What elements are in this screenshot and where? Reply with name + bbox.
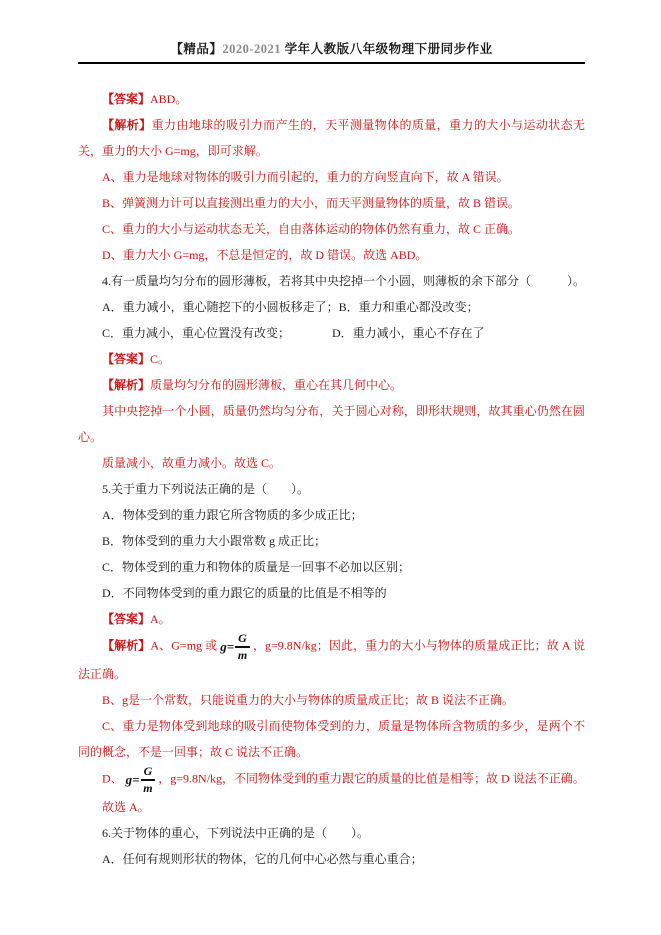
- bracket-label: 【解析】: [102, 118, 152, 132]
- document-body: 【答案】ABD。【解析】重力由地球的吸引力而产生的，天平测量物体的质量，重力的大…: [78, 86, 585, 872]
- paragraph: 故选 A。: [78, 794, 585, 820]
- paragraph: C、重力是物体受到地球的吸引而使物体受到的力，质量是物体所含物质的多少，是两个不…: [78, 713, 585, 765]
- text-run: A．任何有规则形状的物体，它的几何中心必然与重心重合；: [102, 852, 423, 866]
- formula-denominator: m: [143, 781, 152, 795]
- text-run: 其中央挖掉一个小圆，质量仍然均匀分布，关于圆心对称，即形状规则，故其重心仍然在圆…: [78, 404, 585, 444]
- text-run: A、G=mg 或: [150, 638, 217, 652]
- paragraph: 【解析】重力由地球的吸引力而产生的，天平测量物体的质量，重力的大小与运动状态无关…: [78, 112, 585, 164]
- paragraph: 【答案】ABD。: [78, 86, 585, 112]
- text-run: D、重力大小 G=mg，不总是恒定的，故 D 错误。故选 ABD。: [102, 248, 427, 262]
- paragraph: 6.关于物体的重心，下列说法中正确的是（ ）。: [78, 820, 585, 846]
- text-run: B、弹簧测力计可以直接测出重力的大小，而天平测量物体的质量，故 B 错误。: [102, 196, 520, 210]
- text-run: C．重力减小，重心位置没有改变； D．重力减小，重心不存在了: [102, 326, 485, 340]
- paragraph: C、重力的大小与运动状态无关，自由落体运动的物体仍然有重力，故 C 正确。: [78, 216, 585, 242]
- formula-denominator: m: [238, 648, 247, 662]
- formula-numerator: G: [235, 632, 250, 648]
- bracket-label: 【解析】: [102, 638, 150, 652]
- formula-lhs: g=: [220, 634, 234, 660]
- paragraph: C．重力减小，重心位置没有改变； D．重力减小，重心不存在了: [78, 320, 585, 346]
- bracket-label: 【答案】: [102, 352, 150, 366]
- fraction-formula: g=Gm: [220, 632, 250, 661]
- bracket-label: 【答案】: [102, 612, 150, 626]
- paragraph: A．重力减小，重心随挖下的小圆板移走了；B．重力和重心都没改变；: [78, 294, 585, 320]
- text-run: 学年人教版八年级物理下册同步作业: [281, 42, 493, 56]
- text-run: 质量减小，故重力减小。故选 C。: [102, 456, 281, 470]
- paragraph: D、重力大小 G=mg，不总是恒定的，故 D 错误。故选 ABD。: [78, 242, 585, 268]
- paragraph: 【答案】A。: [78, 606, 585, 632]
- paragraph: A、重力是地球对物体的吸引力而引起的，重力的方向竖直向下，故 A 错误。: [78, 164, 585, 190]
- fraction-formula: g=Gm: [126, 765, 156, 794]
- text-run: 6.关于物体的重心，下列说法中正确的是（ ）。: [102, 826, 369, 840]
- paragraph: 5.关于重力下列说法正确的是（ ）。: [78, 476, 585, 502]
- formula-fraction-stack: Gm: [141, 765, 156, 794]
- paragraph: A．任何有规则形状的物体，它的几何中心必然与重心重合；: [78, 846, 585, 872]
- paragraph: 【答案】C。: [78, 346, 585, 372]
- text-run: B、g是一个常数，只能说重力的大小与物体的质量成正比；故 B 说法不正确。: [102, 693, 514, 707]
- formula-lhs: g=: [126, 767, 140, 793]
- text-run: B．物体受到的重力大小跟常数 g 成正比；: [102, 534, 326, 548]
- text-run: 重力由地球的吸引力而产生的，天平测量物体的质量，重力的大小与运动状态无关，重力的…: [78, 118, 585, 158]
- formula-numerator: G: [141, 765, 156, 781]
- page-header: 【精品】2020-2021 学年人教版八年级物理下册同步作业: [78, 42, 585, 64]
- paragraph: B、弹簧测力计可以直接测出重力的大小，而天平测量物体的质量，故 B 错误。: [78, 190, 585, 216]
- header-year-range: 2020-2021: [222, 42, 281, 56]
- text-run: C．物体受到的重力和物体的质量是一回事不必加以区别；: [102, 560, 410, 574]
- document-page: 【精品】2020-2021 学年人教版八年级物理下册同步作业 【答案】ABD。【…: [0, 0, 661, 935]
- formula-fraction-stack: Gm: [235, 632, 250, 661]
- text-run: A．重力减小，重心随挖下的小圆板移走了；B．重力和重心都没改变；: [102, 300, 479, 314]
- paragraph: B．物体受到的重力大小跟常数 g 成正比；: [78, 528, 585, 554]
- paragraph: 【解析】质量均匀分布的圆形薄板，重心在其几何中心。: [78, 372, 585, 398]
- text-run: A、重力是地球对物体的吸引力而引起的，重力的方向竖直向下，故 A 错误。: [102, 170, 509, 184]
- paragraph: 质量减小，故重力减小。故选 C。: [78, 450, 585, 476]
- text-run: ，g=9.8N/kg，不同物体受到的重力跟它的质量的比值是相等；故 D 说法不正…: [158, 772, 584, 786]
- text-run: 5.关于重力下列说法正确的是（ ）。: [102, 482, 309, 496]
- paragraph: D、g=Gm，g=9.8N/kg，不同物体受到的重力跟它的质量的比值是相等；故 …: [78, 765, 585, 794]
- text-run: 故选 A。: [102, 800, 150, 814]
- text-run: D．不同物体受到的重力跟它的质量的比值是不相等的: [102, 586, 387, 600]
- paragraph: 【解析】A、G=mg 或g=Gm，g=9.8N/kg；因此，重力的大小与物体的质…: [78, 632, 585, 687]
- bracket-label: 【解析】: [102, 378, 150, 392]
- text-run: 4.有一质量均匀分布的圆形薄板，若将其中央挖掉一个小圆，则薄板的余下部分（ ）。: [102, 274, 585, 288]
- text-run: C、重力的大小与运动状态无关，自由落体运动的物体仍然有重力，故 C 正确。: [102, 222, 520, 236]
- paragraph: 其中央挖掉一个小圆，质量仍然均匀分布，关于圆心对称，即形状规则，故其重心仍然在圆…: [78, 398, 585, 450]
- paragraph: C．物体受到的重力和物体的质量是一回事不必加以区别；: [78, 554, 585, 580]
- paragraph: 4.有一质量均匀分布的圆形薄板，若将其中央挖掉一个小圆，则薄板的余下部分（ ）。: [78, 268, 585, 294]
- text-run: A。: [150, 612, 171, 626]
- text-run: D、: [102, 772, 123, 786]
- paragraph: A．物体受到的重力跟它所含物质的多少成正比；: [78, 502, 585, 528]
- text-run: ABD。: [150, 92, 187, 106]
- header-title: 【精品】2020-2021 学年人教版八年级物理下册同步作业: [78, 42, 585, 57]
- text-run: 【精品】: [170, 42, 222, 56]
- text-run: C。: [150, 352, 170, 366]
- text-run: A．物体受到的重力跟它所含物质的多少成正比；: [102, 508, 363, 522]
- paragraph: D．不同物体受到的重力跟它的质量的比值是不相等的: [78, 580, 585, 606]
- text-run: C、重力是物体受到地球的吸引而使物体受到的力，质量是物体所含物质的多少，是两个不…: [78, 719, 585, 759]
- paragraph: B、g是一个常数，只能说重力的大小与物体的质量成正比；故 B 说法不正确。: [78, 687, 585, 713]
- text-run: 质量均匀分布的圆形薄板，重心在其几何中心。: [150, 378, 402, 392]
- bracket-label: 【答案】: [102, 92, 150, 106]
